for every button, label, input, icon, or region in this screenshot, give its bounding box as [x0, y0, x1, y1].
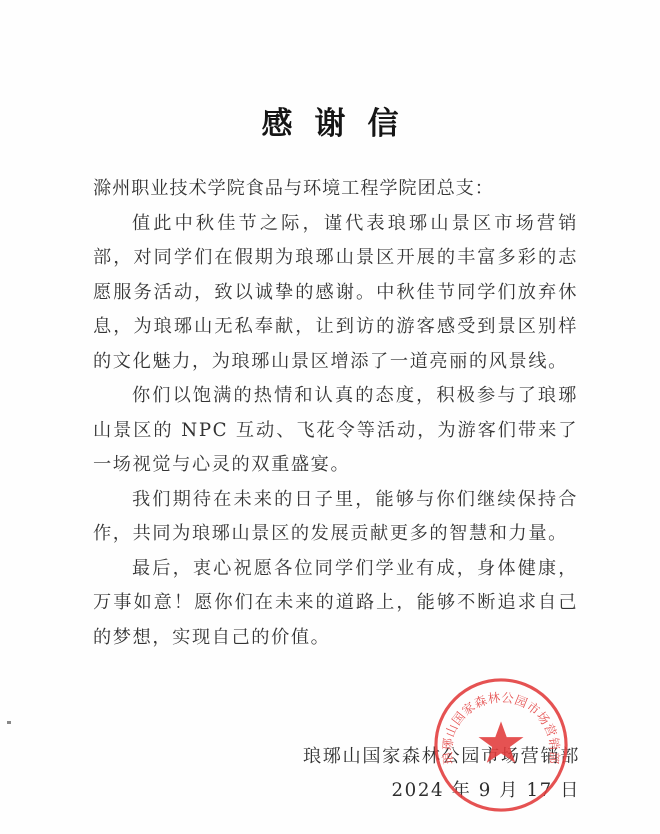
letter-title: 感谢信 — [0, 98, 660, 143]
letter-body: 滁州职业技术学院食品与环境工程学院团总支： 值此中秋佳节之际，谨代表琅琊山景区市… — [93, 172, 578, 655]
scan-speck — [7, 721, 11, 724]
paragraph-1: 值此中秋佳节之际，谨代表琅琊山景区市场营销部，对同学们在假期为琅琊山景区开展的丰… — [93, 207, 578, 380]
salutation: 滁州职业技术学院食品与环境工程学院团总支： — [93, 172, 578, 207]
signature-organization: 琅琊山国家森林公园市场营销部 — [303, 740, 580, 774]
paragraph-2: 你们以饱满的热情和认真的态度，积极参与了琅琊山景区的 NPC 互动、飞花令等活动… — [93, 379, 578, 483]
paragraph-4: 最后，衷心祝愿各位同学们学业有成，身体健康，万事如意！愿你们在未来的道路上，能够… — [93, 552, 578, 656]
letter-page: 感谢信 滁州职业技术学院食品与环境工程学院团总支： 值此中秋佳节之际，谨代表琅琊… — [0, 0, 660, 834]
paragraph-3: 我们期待在未来的日子里，能够与你们继续保持合作，共同为琅琊山景区的发展贡献更多的… — [93, 483, 578, 552]
signature-block: 琅琊山国家森林公园市场营销部 2024 年 9 月 17 日 — [303, 740, 580, 808]
signature-date: 2024 年 9 月 17 日 — [303, 774, 580, 808]
